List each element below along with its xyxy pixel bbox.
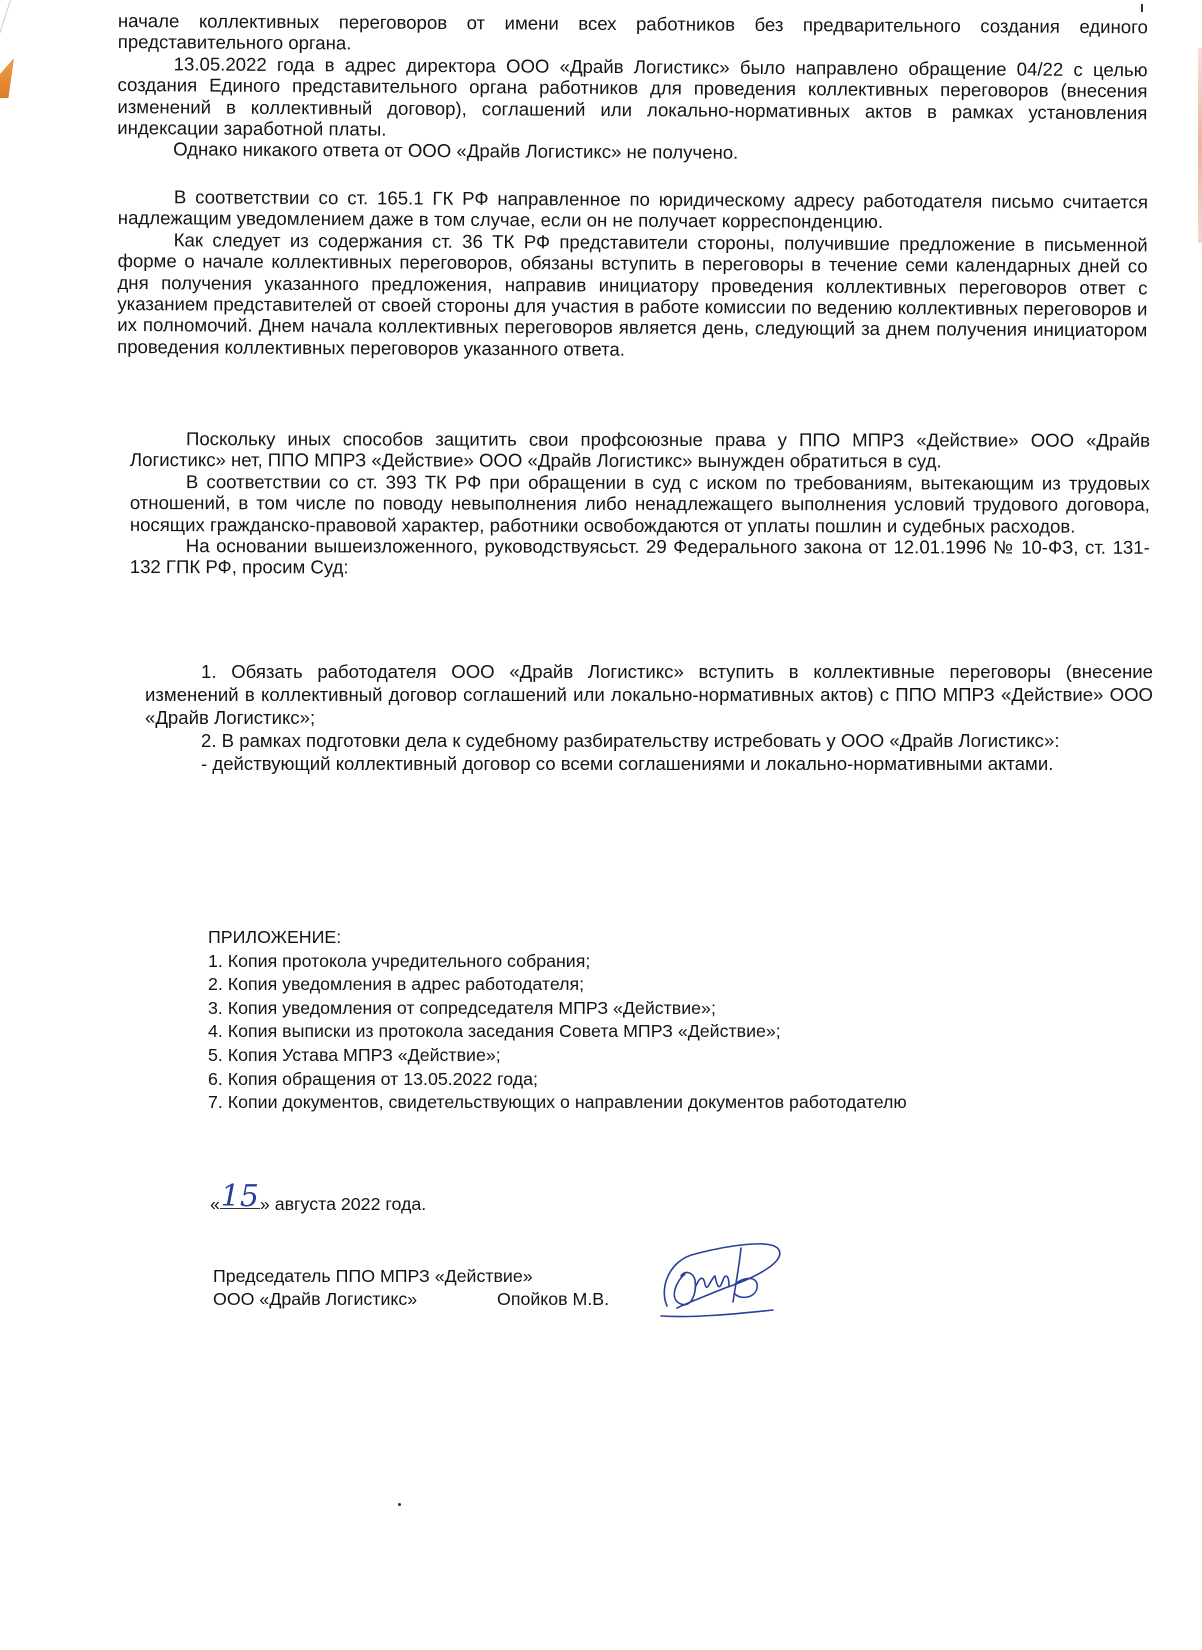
date-close-quote: » bbox=[260, 1194, 270, 1214]
paragraph-tk-393: В соответствии со ст. 393 ТК РФ при обра… bbox=[130, 471, 1150, 537]
paragraph-tk-36: Как следует из содержания ст. 36 ТК РФ п… bbox=[117, 229, 1148, 363]
paragraph-gk-165: В соответствии со ст. 165.1 ГК РФ направ… bbox=[118, 186, 1148, 234]
appendix-list: 1. Копия протокола учредительного собран… bbox=[208, 950, 907, 1115]
appendix-item: 6. Копия обращения от 13.05.2022 года; bbox=[208, 1068, 907, 1092]
appendix-heading: ПРИЛОЖЕНИЕ: bbox=[208, 926, 907, 950]
page-fold-line bbox=[0, 0, 11, 59]
intro-section: начале коллективных переговоров от имени… bbox=[117, 10, 1148, 166]
paragraph-court-necessity: Поскольку иных способов защитить свои пр… bbox=[130, 428, 1150, 473]
appendix-item: 3. Копия уведомления от сопредседателя М… bbox=[208, 997, 907, 1021]
appendix-item: 4. Копия выписки из протокола заседания … bbox=[208, 1020, 907, 1044]
request-item: 1. Обязать работодателя ООО «Драйв Логис… bbox=[145, 660, 1153, 729]
appendix-item: 2. Копия уведомления в адрес работодател… bbox=[208, 973, 907, 997]
date-rest: августа 2022 года. bbox=[270, 1194, 426, 1214]
signatory-name: Опойков М.В. bbox=[497, 1288, 609, 1311]
signatory-title: Председатель ППО МПРЗ «Действие» bbox=[213, 1265, 609, 1288]
requests-list: 1. Обязать работодателя ООО «Драйв Логис… bbox=[145, 660, 1153, 775]
request-subitem: - действующий коллективный договор со вс… bbox=[145, 752, 1153, 775]
appendix-section: ПРИЛОЖЕНИЕ: 1. Копия протокола учредител… bbox=[208, 926, 907, 1115]
handwritten-signature-icon bbox=[655, 1238, 785, 1323]
scanned-page: начале коллективных переговоров от имени… bbox=[0, 0, 1202, 1650]
closing-section: Поскольку иных способов защитить свои пр… bbox=[130, 428, 1150, 580]
appendix-item: 1. Копия протокола учредительного собран… bbox=[208, 950, 907, 974]
scan-speck bbox=[1141, 4, 1143, 12]
request-item: 2. В рамках подготовки дела к судебному … bbox=[145, 729, 1153, 752]
date-open-quote: « bbox=[210, 1194, 220, 1214]
right-edge-strip bbox=[1198, 48, 1202, 243]
paragraph-continuation: начале коллективных переговоров от имени… bbox=[118, 10, 1148, 59]
legal-basis-section: В соответствии со ст. 165.1 ГК РФ направ… bbox=[117, 186, 1148, 363]
handwritten-day: 15 bbox=[220, 1186, 260, 1209]
signatory-block: Председатель ППО МПРЗ «Действие» ООО «Др… bbox=[213, 1265, 609, 1311]
appendix-item: 7. Копии документов, свидетельствующих о… bbox=[208, 1091, 907, 1115]
corner-color-mark bbox=[0, 58, 14, 98]
appendix-item: 5. Копия Устава МПРЗ «Действие»; bbox=[208, 1044, 907, 1068]
scan-speck bbox=[398, 1503, 401, 1506]
paragraph-appeal: 13.05.2022 года в адрес директора ООО «Д… bbox=[117, 53, 1148, 145]
paragraph-petition: На основании вышеизложенного, руководств… bbox=[130, 535, 1150, 580]
signatory-org: ООО «Драйв Логистикс» bbox=[213, 1288, 497, 1311]
document-date: «15» августа 2022 года. bbox=[210, 1190, 426, 1215]
